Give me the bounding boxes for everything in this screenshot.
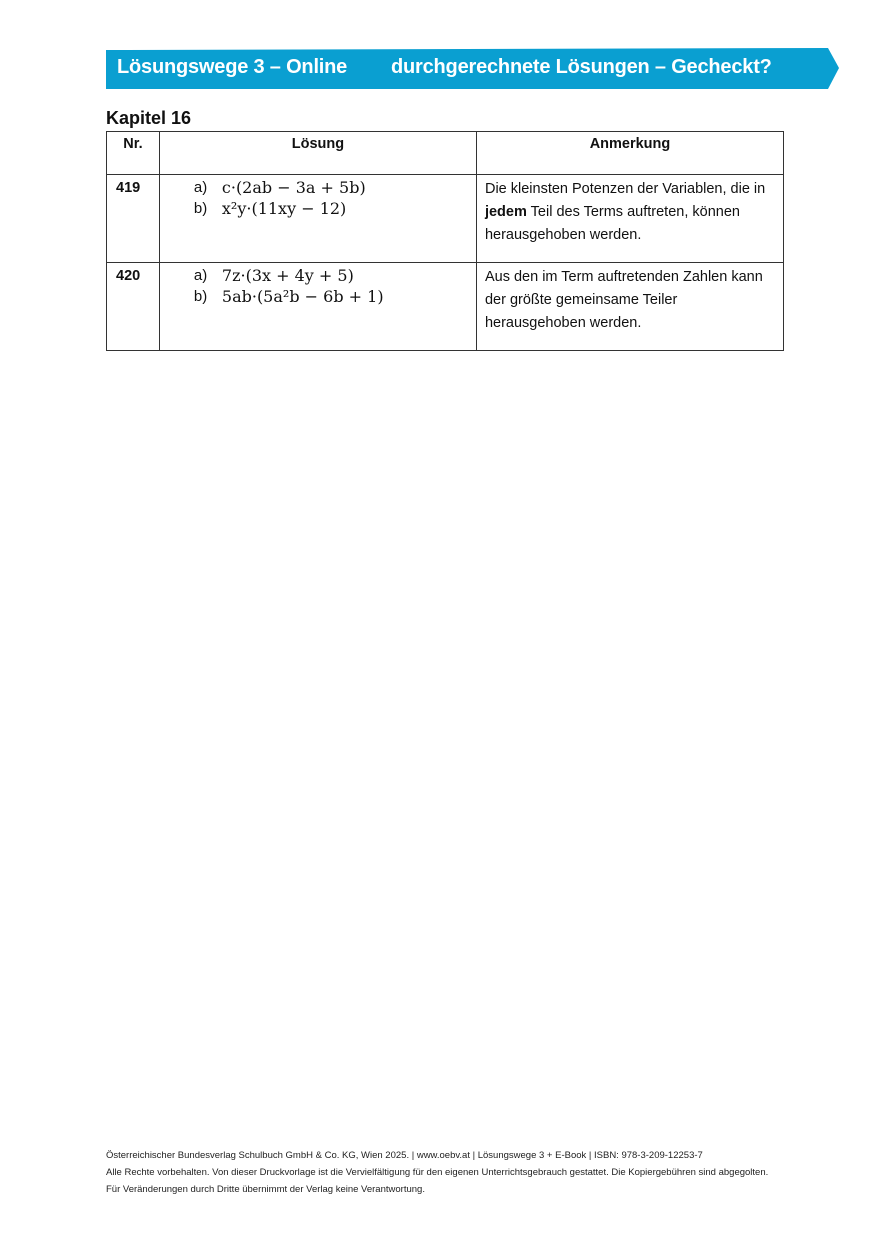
solution-label: b) — [194, 198, 222, 219]
note-text: Die kleinsten Potenzen der Variablen, di… — [485, 181, 765, 197]
solution-cell: a) 7z·(3x + 4y + 5) b) 5ab·(5a²b − 6b + … — [159, 263, 476, 351]
solution-label: a) — [194, 177, 222, 198]
footer-rights-line: Alle Rechte vorbehalten. Von dieser Druc… — [106, 1164, 768, 1181]
chapter-heading: Kapitel 16 — [106, 108, 191, 129]
note-cell: Aus den im Term auftretenden Zahlen kann… — [476, 263, 783, 351]
table-header-row: Nr. Lösung Anmerkung — [107, 132, 784, 175]
page-footer: Österreichischer Bundesverlag Schulbuch … — [106, 1147, 768, 1198]
table-row: 419 a) c·(2ab − 3a + 5b) b) x²y·(11xy − … — [107, 175, 784, 263]
solution-label: b) — [194, 286, 222, 307]
table-row: 420 a) 7z·(3x + 4y + 5) b) 5ab·(5a²b − 6… — [107, 263, 784, 351]
solutions-table: Nr. Lösung Anmerkung 419 a) c·(2ab − 3a … — [106, 131, 784, 351]
solution-expression: c·(2ab − 3a + 5b) — [222, 177, 366, 198]
solution-expression: 7z·(3x + 4y + 5) — [222, 265, 354, 286]
solution-item: b) 5ab·(5a²b − 6b + 1) — [194, 286, 476, 307]
row-number: 420 — [107, 263, 160, 351]
banner-title-right: durchgerechnete Lösungen – Gecheckt? — [391, 56, 772, 79]
solution-cell: a) c·(2ab − 3a + 5b) b) x²y·(11xy − 12) — [159, 175, 476, 263]
solution-expression: 5ab·(5a²b − 6b + 1) — [222, 286, 384, 307]
solution-label: a) — [194, 265, 222, 286]
solution-expression: x²y·(11xy − 12) — [222, 198, 346, 219]
solution-item: a) c·(2ab − 3a + 5b) — [194, 177, 476, 198]
note-emphasis: jedem — [485, 204, 527, 220]
header-nr: Nr. — [107, 132, 160, 175]
solution-item: b) x²y·(11xy − 12) — [194, 198, 476, 219]
solution-item: a) 7z·(3x + 4y + 5) — [194, 265, 476, 286]
note-cell: Die kleinsten Potenzen der Variablen, di… — [476, 175, 783, 263]
banner-title-left: Lösungswege 3 – Online — [117, 56, 347, 79]
footer-publisher-line: Österreichischer Bundesverlag Schulbuch … — [106, 1147, 768, 1164]
header-anmerkung: Anmerkung — [476, 132, 783, 175]
header-banner: Lösungswege 3 – Online durchgerechnete L… — [106, 48, 839, 89]
footer-disclaimer-line: Für Veränderungen durch Dritte übernimmt… — [106, 1181, 768, 1198]
header-loesung: Lösung — [159, 132, 476, 175]
note-text: Aus den im Term auftretenden Zahlen kann… — [485, 269, 763, 331]
row-number: 419 — [107, 175, 160, 263]
